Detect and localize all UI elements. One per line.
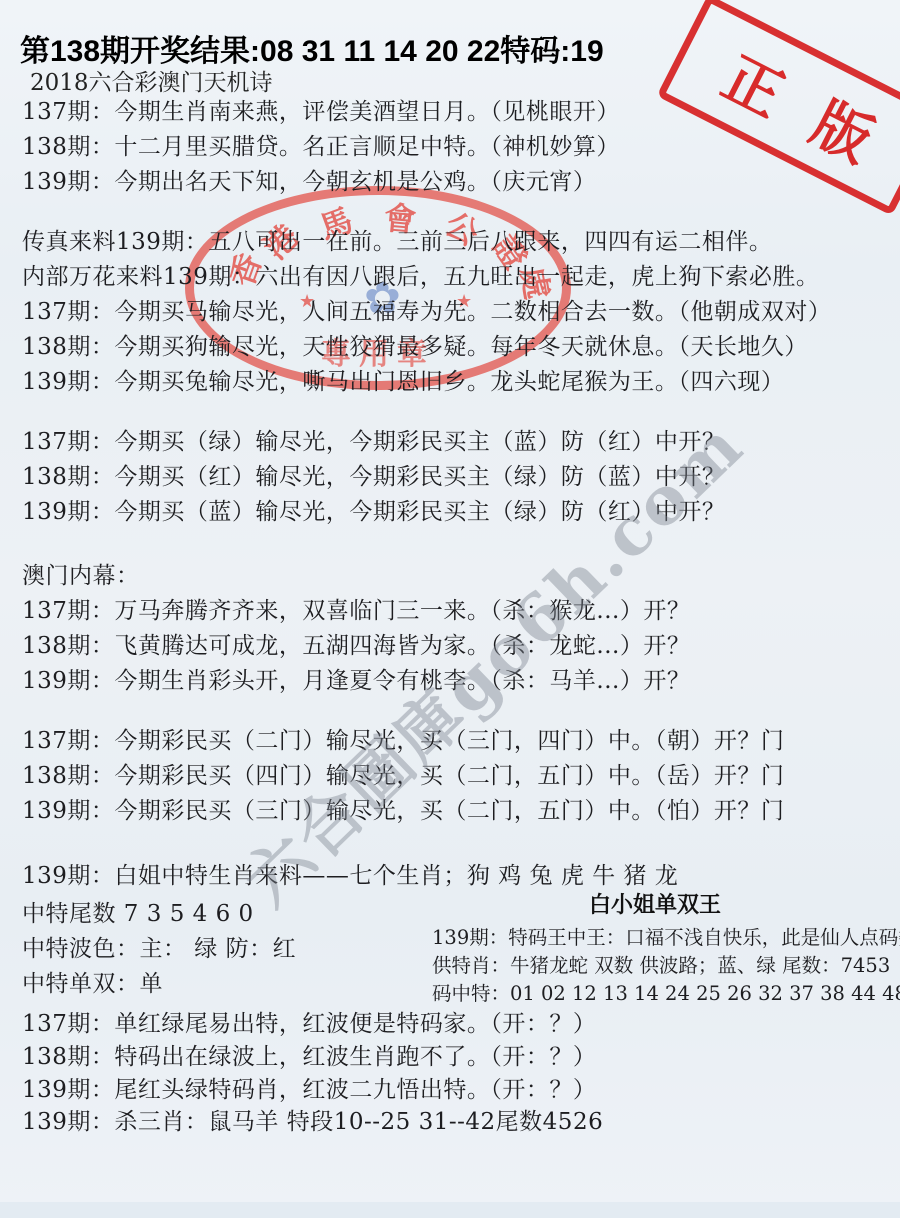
door-line: 139期：今期彩民买（三门）输尽光，买（二门，五门）中。（怕）开？门 (22, 797, 784, 825)
zhongte-line: 中特单双：单 (22, 970, 163, 998)
genuine-stamp-char: 版 (800, 77, 890, 178)
tianji-line: 138期：十二月里买腊贷。名正言顺足中特。（神机妙算） (22, 133, 620, 161)
color-line: 138期：今期买（红）输尽光，今期彩民买主（绿）防（蓝）中开？ (22, 463, 725, 491)
color-line: 137期：今期买（绿）输尽光，今期彩民买主（蓝）防（红）中开？ (22, 428, 725, 456)
macau-heading: 澳门内幕： (22, 562, 140, 590)
bottom-line: 137期：单红绿尾易出特，红波便是特码家。（开：？） (22, 1010, 596, 1038)
fax-line: 内部万花来料139期：六出有因八跟后，五九旺出一起走，虎上狗下索必胜。 (22, 263, 819, 291)
genuine-stamp: 正 版 (657, 0, 900, 216)
baixiaojie-line: 供特肖：牛猪龙蛇 双数 供波路；蓝、绿 尾数：7453 (432, 950, 890, 978)
bottom-line: 138期：特码出在绿波上，红波生肖跑不了。（开：？） (22, 1043, 596, 1071)
macau-line: 138期：飞黄腾达可成龙，五湖四海皆为家。（杀：龙蛇...）开？ (22, 632, 690, 660)
lottery-tip-sheet: 第138期开奖结果:08 31 11 14 20 22特码:19 2018六合彩… (0, 0, 900, 1218)
baijie-line: 139期：白姐中特生肖来料——七个生肖；狗 鸡 兔 虎 牛 猪 龙 (22, 862, 678, 890)
color-line: 139期：今期买（蓝）输尽光，今期彩民买主（绿）防（红）中开？ (22, 498, 725, 526)
baixiaojie-line: 139期：特码王中王：口福不浅自快乐，此是仙人点码数 (432, 922, 900, 950)
bottom-line: 139期：杀三肖：鼠马羊 特段10--25 31--42尾数4526 (22, 1108, 603, 1136)
tianji-line: 139期：今期出名天下知，今朝玄机是公鸡。（庆元宵） (22, 168, 596, 196)
tianji-line: 137期：今期生肖南来燕，评偿美酒望日月。（见桃眼开） (22, 98, 620, 126)
fax-line: 137期：今期买马输尽光，人间五福寿为先。二数相合去一数。（他朝成双对） (22, 298, 831, 326)
baixiaojie-line: 码中特：01 02 12 13 14 24 25 26 32 37 38 44 … (432, 978, 900, 1006)
zhongte-line: 中特尾数 7 3 5 4 6 0 (22, 900, 254, 928)
tianji-heading: 2018六合彩澳门天机诗 (30, 64, 273, 97)
baixiaojie-heading: 白小姐单双王 (430, 888, 880, 919)
fax-line: 138期：今期买狗输尽光，天性狡猾最多疑。每年冬天就休息。（天长地久） (22, 333, 808, 361)
macau-line: 137期：万马奔腾齐齐来，双喜临门三一来。（杀：猴龙...）开？ (22, 597, 690, 625)
fax-line: 139期：今期买兔输尽光，嘶马出门恩旧乡。龙头蛇尾猴为王。（四六现） (22, 368, 784, 396)
genuine-stamp-char: 正 (711, 32, 801, 133)
door-line: 137期：今期彩民买（二门）输尽光，买（三门，四门）中。（朝）开？门 (22, 727, 784, 755)
door-line: 138期：今期彩民买（四门）输尽光，买（二门，五门）中。（岳）开？门 (22, 762, 784, 790)
macau-line: 139期：今期生肖彩头开，月逢夏令有桃李。（杀：马羊...）开？ (22, 667, 690, 695)
fax-line: 传真来料139期：五八可出一在前。三前三后八跟来，四四有运二相伴。 (22, 228, 772, 256)
zhongte-line: 中特波色：主： 绿 防：红 (22, 935, 296, 963)
bottom-band (0, 1202, 900, 1218)
bottom-line: 139期：尾红头绿特码肖，红波二九悟出特。（开：？） (22, 1076, 596, 1104)
